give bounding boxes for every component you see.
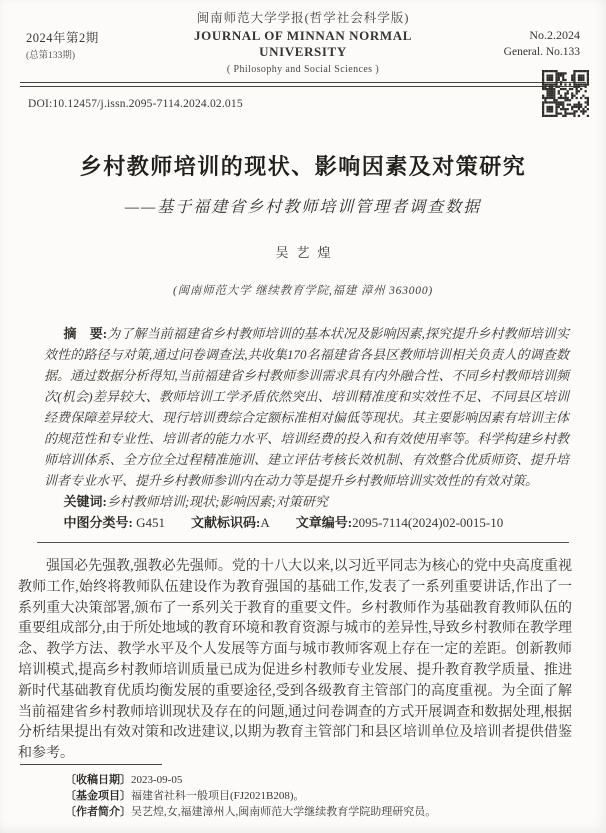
issue-block-en: No.2.2024 General. No.133 <box>420 28 580 58</box>
article-subtitle: ——基于福建省乡村教师培训管理者调查数据 <box>0 194 606 217</box>
journal-name-en-block: JOURNAL OF MINNAN NORMAL UNIVERSITY ( Ph… <box>186 28 420 75</box>
article-no-value: 2095-7114(2024)02-0015-10 <box>352 515 503 530</box>
abstract-block: 摘 要:为了解当前福建省乡村教师培训的基本状况及影响因素,探究提升乡村教师培训实… <box>44 323 569 533</box>
issue-number-en: No.2.2024 <box>420 28 580 43</box>
issue-block-cn: 2024年第2期 (总第133期) <box>26 28 186 61</box>
qr-code <box>542 70 589 117</box>
front-matter-divider <box>37 542 569 543</box>
keywords-label: 关键词: <box>64 494 107 509</box>
journal-name-cn: 闽南师范大学学报(哲学社会科学版) <box>0 0 606 26</box>
abstract-text: 为了解当前福建省乡村教师培训的基本状况及影响因素,探究提升乡村教师培训实效性的路… <box>44 326 569 488</box>
doc-code-label: 文献标识码: <box>191 515 260 530</box>
journal-name-en: JOURNAL OF MINNAN NORMAL UNIVERSITY <box>186 28 420 60</box>
journal-name-en-subtitle: ( Philosophy and Social Sciences ) <box>186 64 420 75</box>
footnote-fund-project: 〔基金项目〕福建省社科一般项目(FJ2021B208)。 <box>20 788 586 804</box>
issue-total-en: General. No.133 <box>420 46 580 58</box>
classification-line: 中图分类号: G451文献标识码:A文章编号:2095-7114(2024)02… <box>44 512 569 533</box>
clc-label: 中图分类号: <box>64 515 133 530</box>
paper-page: 闽南师范大学学报(哲学社会科学版) 2024年第2期 (总第133期) JOUR… <box>0 0 606 833</box>
footnote-fund-text: 福建省社科一般项目(FJ2021B208)。 <box>131 790 305 802</box>
author-affiliation: (闽南师范大学 继续教育学院,福建 漳州 363000) <box>0 282 606 298</box>
article-no-label: 文章编号: <box>296 515 352 530</box>
issue-number-cn: 2024年第2期 <box>26 28 186 46</box>
body-paragraph: 强国必先强教,强教必先强师。党的十八大以来,以习近平同志为核心的党中央高度重视教… <box>18 557 572 765</box>
footnote-author-bio: 〔作者简介〕吴艺煌,女,福建漳州人,闽南师范大学继续教育学院助理研究员。 <box>20 804 586 820</box>
footnote-fund-label: 〔基金项目〕 <box>65 790 131 802</box>
keywords-line: 关键词:乡村教师培训;现状;影响因素;对策研究 <box>44 491 569 512</box>
footnote-received-label: 〔收稿日期〕 <box>65 774 131 786</box>
journal-header-row: 2024年第2期 (总第133期) JOURNAL OF MINNAN NORM… <box>0 26 606 75</box>
article-title: 乡村教师培训的现状、影响因素及对策研究 <box>0 150 606 181</box>
footnote-author-label: 〔作者简介〕 <box>65 806 131 818</box>
footnote-received-date: 〔收稿日期〕2023-09-05 <box>20 772 586 788</box>
footnote-received-text: 2023-09-05 <box>131 774 182 786</box>
abstract-paragraph: 摘 要:为了解当前福建省乡村教师培训的基本状况及影响因素,探究提升乡村教师培训实… <box>44 323 569 491</box>
abstract-label: 摘 要: <box>64 326 108 341</box>
clc-value: G451 <box>136 515 165 530</box>
footnote-author-text: 吴艺煌,女,福建漳州人,闽南师范大学继续教育学院助理研究员。 <box>131 806 436 818</box>
doi-text: DOI:10.12457/j.issn.2095-7114.2024.02.01… <box>0 87 606 110</box>
doc-code-value: A <box>260 515 269 530</box>
issue-total-cn: (总第133期) <box>26 47 186 61</box>
author-name: 吴艺煌 <box>0 242 606 261</box>
keywords-text: 乡村教师培训;现状;影响因素;对策研究 <box>107 494 328 509</box>
footnote-block: 〔收稿日期〕2023-09-05 〔基金项目〕福建省社科一般项目(FJ2021B… <box>20 764 586 821</box>
footnote-rule <box>20 764 162 765</box>
